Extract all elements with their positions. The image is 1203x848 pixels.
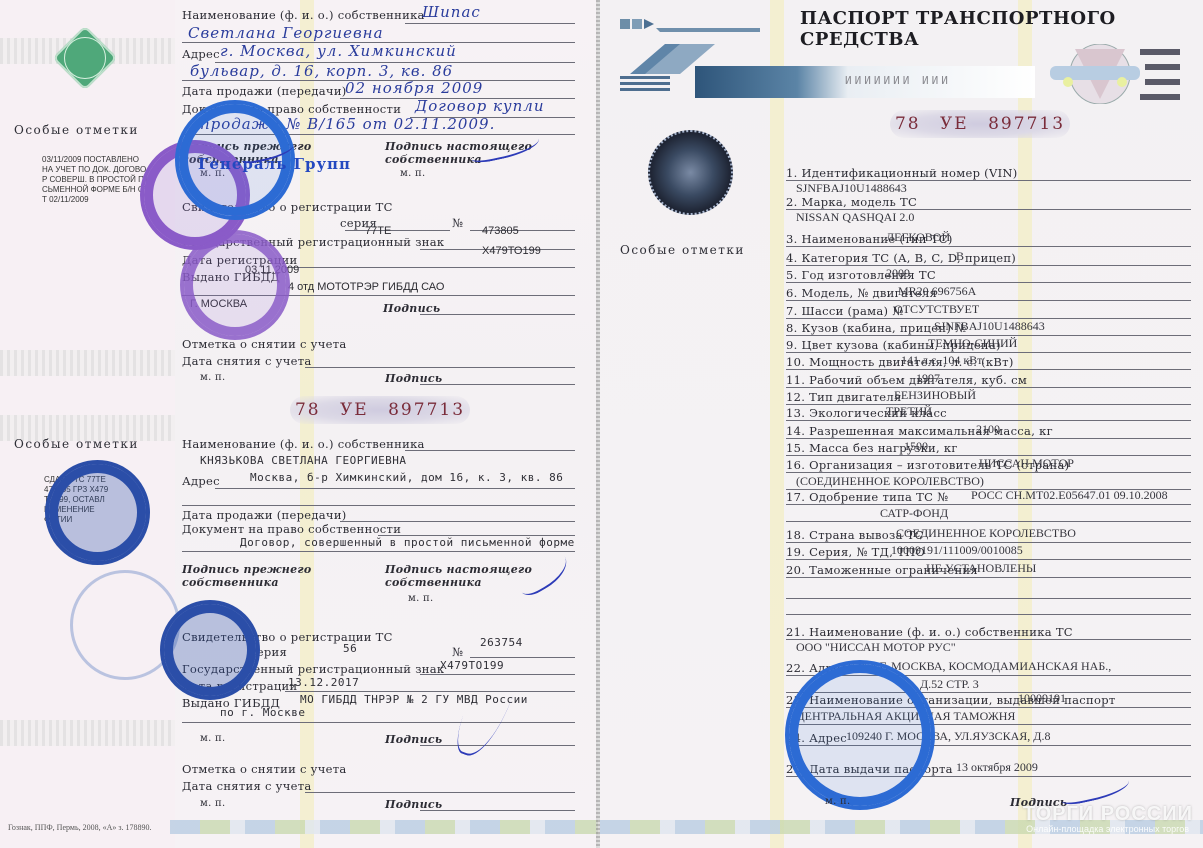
field-line	[786, 387, 1191, 388]
owner-1-name-label: Наименование (ф. и. о.) собственника	[182, 8, 425, 22]
hologram-seal-icon	[648, 130, 733, 215]
owner-1-address-label: Адрес	[182, 47, 220, 61]
microprint-text: ИИИИИИИ ИИИ	[845, 74, 951, 87]
field-value: 141 л.с. 104 кВт.	[901, 353, 985, 368]
field-line	[182, 551, 575, 552]
serial-number: 78 УЕ 897713	[290, 396, 470, 424]
owner-2-name-value: КНЯЗЬКОВА СВЕТЛАНА ГЕОРГИЕВНА	[200, 454, 407, 467]
guilloche-pattern	[0, 720, 175, 746]
owner-2-issued-value-2: по г. Москве	[220, 706, 305, 719]
signature	[1059, 773, 1132, 807]
special-notes-title: Особые отметки	[14, 123, 139, 137]
field-line	[305, 367, 575, 368]
field-line	[786, 438, 1191, 439]
field-line	[786, 472, 1191, 473]
field-value: НИССАН МОТОР	[979, 456, 1074, 471]
owner-1-number-label: №	[452, 216, 463, 230]
owner-1-sale-date-label: Дата продажи (передачи)	[182, 84, 347, 98]
stamp-place-mark: м. п.	[400, 168, 425, 179]
field-line	[786, 504, 1191, 505]
field-label: 1. Идентификационный номер (VIN)	[786, 166, 1018, 180]
owner-1-dereg-date-label: Дата снятия с учета	[182, 354, 312, 368]
field-line	[470, 657, 575, 658]
field-line	[786, 598, 1191, 599]
field-value: ЛЕГКОВОЙ	[886, 230, 950, 245]
field-line	[786, 614, 1191, 615]
watermark-subtext: Онлайн-площадка электронных торгов	[1026, 824, 1189, 834]
special-notes-title: Особые отметки	[620, 243, 745, 257]
owner-2-dereg-title: Отметка о снятии с учета	[182, 762, 347, 776]
field-value: ООО "НИССАН МОТОР РУС"	[796, 640, 956, 655]
field-line	[215, 488, 575, 489]
field-value-continued: САТР-ФОНД	[880, 506, 948, 521]
owner-2-name-label: Наименование (ф. и. о.) собственника	[182, 437, 425, 451]
owner-1-dereg-title: Отметка о снятии с учета	[182, 337, 347, 351]
stamp-place-mark: м. п.	[408, 593, 433, 604]
field-line	[420, 810, 575, 811]
stamp-place-mark: м. п.	[200, 798, 225, 809]
gibdd-seal-stamp-2	[45, 460, 150, 565]
field-line	[786, 521, 1191, 522]
stamp-place-mark: м. п.	[200, 733, 225, 744]
field-value: 13 октября 2009	[956, 760, 1038, 775]
owner-2-number-label: №	[452, 645, 463, 659]
field-value: 1997	[916, 371, 940, 386]
background-band	[770, 0, 784, 848]
owner-2-address-label: Адрес	[182, 474, 220, 488]
right-page: ИИИИИИИ ИИИ ПАСПОРТ ТРАНСПОРТНОГО СРЕДСТ…	[600, 0, 1203, 848]
stamp-place-mark: м. п.	[825, 796, 850, 807]
field-label: 5. Год изготовления ТС	[786, 268, 936, 282]
field-value: SJNFBAJ10U1488643	[796, 181, 907, 196]
owner-1-number-value: 473805	[482, 225, 519, 237]
signature	[469, 131, 542, 165]
field-label: 7. Шасси (рама) №	[786, 304, 903, 318]
field-label: 21. Наименование (ф. и. о.) собственника…	[786, 625, 1073, 639]
field-value: 2100	[976, 422, 1000, 437]
left-page: Особые отметки 03/11/2009 ПОСТАВЛЕНО НА …	[0, 0, 598, 848]
field-value-continued: (СОЕДИНЕННОЕ КОРОЛЕВСТВО)	[796, 474, 984, 489]
printer-imprint: Гознак, ППФ, Пермь, 2008, «А» з. 178890.	[8, 823, 152, 832]
watermark-text: ТОРГИ РОССИИ	[1023, 803, 1193, 826]
owner-1-sale-date: 02 ноября 2009	[345, 79, 483, 97]
owner-2-series-value: 56	[343, 642, 357, 655]
owner-1-address-line2: бульвар, д. 16, корп. 3, кв. 86	[190, 62, 453, 80]
field-value: 2009	[886, 266, 910, 281]
field-line	[285, 267, 575, 268]
owner-1-surname: Шипас	[422, 3, 481, 21]
owner-2-address-value: Москва, б-р Химкинский, дом 16, к. 3, кв…	[250, 471, 563, 484]
field-value: СОЕДИНЕННОЕ КОРОЛЕВСТВО	[896, 526, 1076, 541]
owner-2-curr-sign-label: Подпись настоящего	[385, 563, 532, 576]
field-label: 12. Тип двигателя	[786, 390, 902, 404]
field-label: 14. Разрешенная максимальная масса, кг	[786, 424, 1053, 438]
gibdd-seal-stamp-3	[160, 600, 260, 700]
field-value-continued: Д.52 СТР. 3	[920, 677, 979, 692]
field-line	[786, 369, 1191, 370]
owner-2-curr-sign-label-2: собственника	[385, 576, 482, 589]
car-emblem-icon	[1030, 44, 1190, 104]
field-label: 2. Марка, модель ТС	[786, 195, 917, 209]
field-label: 17. Одобрение типа ТС №	[786, 490, 948, 504]
field-value: NISSAN QASHQAI 2.0	[796, 210, 914, 225]
special-notes-text: 03/11/2009 ПОСТАВЛЕНО НА УЧЕТ ПО ДОК. ДО…	[42, 155, 150, 205]
field-value: B	[956, 249, 964, 264]
owner-1-given-names: Светлана Георгиевна	[188, 24, 384, 42]
owner-2-doc-value: Договор, совершенный в простой письменно…	[240, 536, 575, 549]
field-label: 4. Категория ТС (A, B, C, D, прицеп)	[786, 251, 1016, 265]
field-value: ТРЕТИЙ	[886, 404, 932, 419]
guilloche-pattern	[0, 350, 175, 376]
stamp-place-mark: м. п.	[200, 372, 225, 383]
owner-2-reg-date-value: 13.12.2017	[288, 676, 359, 689]
field-label: 11. Рабочий объем двигателя, куб. см	[786, 373, 1027, 387]
field-value: SJNFBAJ10U1488643	[934, 319, 1045, 334]
rosette-ring	[64, 37, 106, 79]
gibdd-seal-stamp	[180, 230, 290, 340]
owner-1-address-line1: г. Москва, ул. Химкинский	[220, 42, 457, 60]
field-value: 10009191	[1018, 691, 1066, 706]
field-value: 10009191/111009/0010085	[891, 543, 1023, 558]
field-line	[420, 314, 575, 315]
field-value: ОТСУТСТВУЕТ	[894, 302, 979, 317]
field-label: 15. Масса без нагрузки, кг	[786, 441, 958, 455]
field-value: ТЕМНО-СИНИЙ	[928, 336, 1017, 351]
field-line	[786, 559, 1191, 560]
owner-2-doc-label: Документ на право собственности	[182, 522, 401, 536]
customs-seal-stamp	[785, 660, 935, 810]
field-line	[420, 384, 575, 385]
field-line	[305, 792, 575, 793]
field-line	[405, 23, 575, 24]
field-value: 1500	[904, 439, 928, 454]
field-line	[786, 246, 1191, 247]
field-line	[786, 420, 1191, 421]
owner-1-curr-sign-label-2: собственника	[385, 153, 482, 166]
owner-2-prev-sign-label: Подпись прежнего	[182, 563, 312, 576]
special-notes-title-2: Особые отметки	[14, 437, 139, 451]
field-line	[786, 265, 1191, 266]
owner-2-sale-date-label: Дата продажи (передачи)	[182, 508, 347, 522]
owner-2-dereg-date-label: Дата снятия с учета	[182, 779, 312, 793]
field-line	[786, 577, 1191, 578]
field-line	[285, 691, 575, 692]
field-line	[182, 722, 575, 723]
field-line	[182, 505, 575, 506]
owner-2-prev-sign-label-2: собственника	[182, 576, 279, 589]
field-line	[786, 404, 1191, 405]
decorative-strip	[170, 820, 598, 834]
owner-1-doc-line1: Договор купли	[415, 97, 545, 115]
owner-1-plate-value: Х479ТО199	[482, 245, 541, 257]
field-line	[786, 282, 1191, 283]
field-line	[405, 450, 575, 451]
field-line	[786, 352, 1191, 353]
field-value: БЕНЗИНОВЫЙ	[894, 388, 976, 403]
field-line	[786, 300, 1191, 301]
owner-1-issued-value: 4 отд МОТОТРЭР ГИБДД САО	[288, 281, 444, 293]
serial-number: 78 УЕ 897713	[890, 110, 1070, 138]
field-value: НЕ УСТАНОВЛЕНЫ	[926, 561, 1036, 576]
field-line	[345, 230, 450, 231]
field-value: MR20 696756A	[898, 284, 976, 299]
field-line	[420, 745, 575, 746]
field-value: РОСС СН.МТ02.Е05647.01 09.10.2008	[971, 488, 1168, 503]
signature	[511, 546, 574, 599]
